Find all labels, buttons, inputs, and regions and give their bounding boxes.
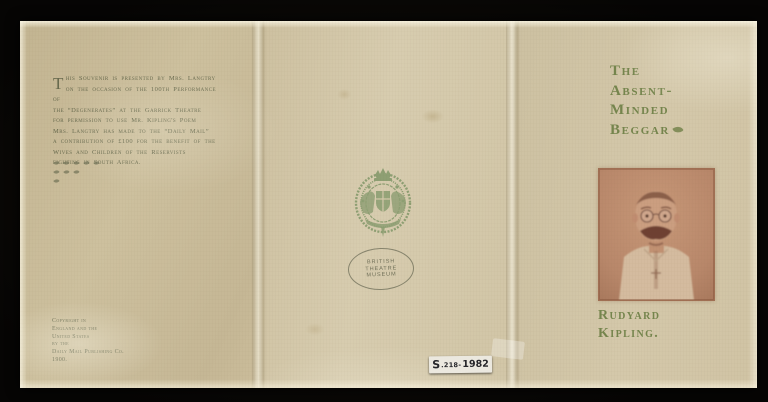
- book-jacket: T his Souvenir is presented by Mrs. Lang…: [20, 21, 757, 388]
- kipling-portrait-photo: [598, 168, 715, 301]
- title-line: Beggar: [610, 121, 760, 141]
- fleuron-rows: [54, 152, 104, 179]
- copyright-notice: Copyright in England and the United Stat…: [52, 318, 182, 365]
- souvenir-line: his Souvenir is presented by Mrs. Langtr…: [53, 74, 219, 85]
- title-word: Beggar: [610, 122, 670, 138]
- souvenir-line: for permission to use Mr. Kipling's Poem: [53, 116, 219, 127]
- copyright-line: Copyright in: [52, 318, 182, 326]
- title-line: Absent-: [610, 82, 760, 102]
- royal-coat-of-arms-icon: [351, 167, 415, 241]
- fleuron-icon: [672, 124, 683, 135]
- author-line: Rudyard: [598, 307, 748, 325]
- copyright-line: by the: [52, 341, 182, 349]
- author-name: Rudyard Kipling.: [598, 307, 748, 342]
- kipling-portrait-illustration: [599, 169, 714, 300]
- copyright-line: United States: [52, 334, 182, 342]
- author-line: Kipling.: [598, 325, 748, 343]
- fleuron-row: [54, 152, 104, 161]
- accession-prefix: S: [432, 358, 440, 371]
- stamp-line: BRITISH: [367, 259, 395, 266]
- accession-year: 1982: [462, 359, 489, 370]
- title-line: Minded: [610, 101, 760, 121]
- copyright-line: Daily Mail Publishing Co.: [52, 349, 182, 357]
- copyright-line: 1900.: [52, 357, 182, 365]
- souvenir-line: a contribution of £100 for the benefit o…: [53, 137, 219, 148]
- drop-cap: T: [53, 74, 66, 93]
- souvenir-line: Mrs. Langtry has made to the “Daily Mail…: [53, 127, 219, 138]
- photograph-background: T his Souvenir is presented by Mrs. Lang…: [0, 0, 768, 402]
- copyright-line: England and the: [52, 326, 182, 334]
- souvenir-line: the “Degenerates” at the Garrick Theatre: [53, 106, 219, 117]
- souvenir-line: on the occasion of the 100th Performance…: [53, 85, 219, 106]
- accession-number-label: S.218-1982: [429, 356, 492, 374]
- accession-number: .218-: [440, 360, 462, 368]
- book-title: The Absent- Minded Beggar: [610, 62, 760, 140]
- stamp-line: MUSEUM: [366, 272, 396, 279]
- title-line: The: [610, 62, 760, 82]
